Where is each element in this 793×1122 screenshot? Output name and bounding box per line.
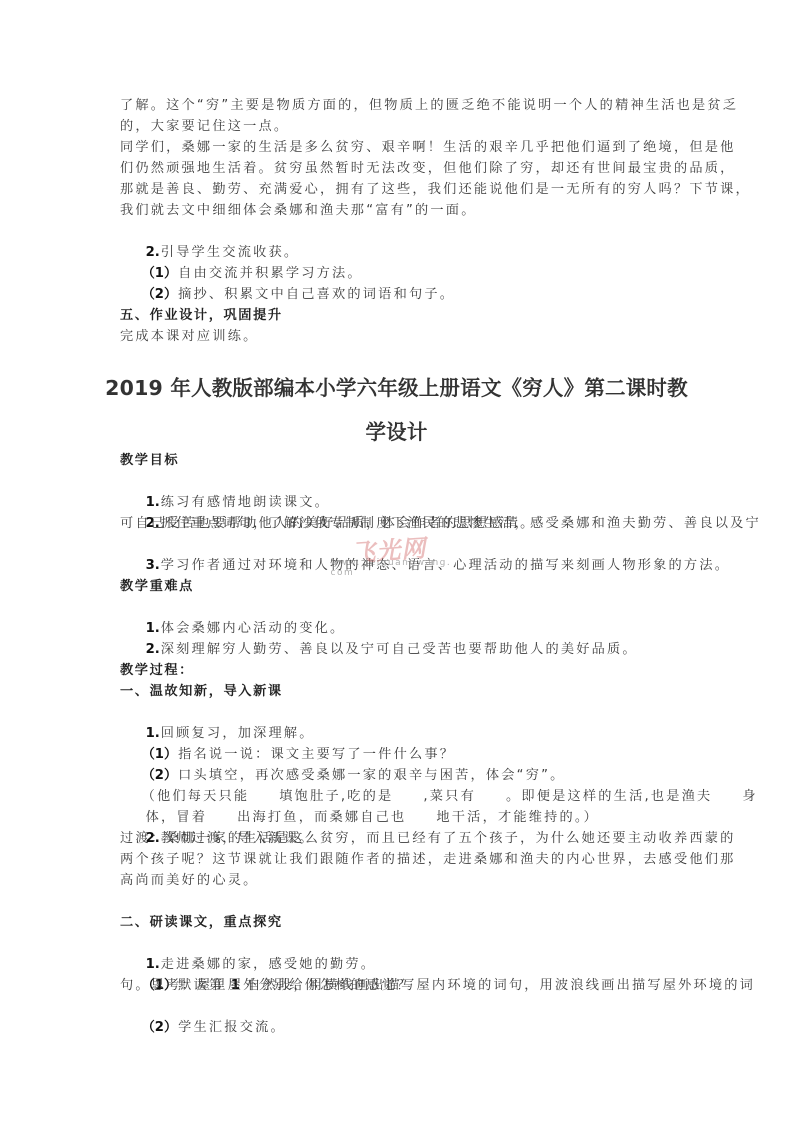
- key-point-number: 2.: [146, 642, 160, 657]
- sub-text-continued: 句。思考：屋里屋外分别给你怎样的感觉？: [120, 975, 676, 996]
- section-heading-homework: 五、作业设计，巩固提升: [120, 305, 676, 326]
- paragraph-line: 那就是善良、勤劳、充满爱心，拥有了这些，我们还能说他们是一无所有的穷人吗？下节课…: [120, 179, 676, 200]
- sub-item: （1）默读第 1 自然段，用横线画出描写屋内环境的词句，用波浪线画出描写屋外环境…: [116, 954, 672, 975]
- fill-blank-text: 身: [742, 789, 757, 804]
- goal-item: 1.练习有感情地朗读课文。: [120, 471, 676, 492]
- goal-item: 2.抓住重点词句，了解沙俄专制制度下渔民的悲惨生活，感受桑娜和渔夫勤劳、善良以及…: [120, 492, 676, 513]
- paragraph-line: 了解。这个“穷”主要是物质方面的，但物质上的匮乏绝不能说明一个人的精神生活也是贫…: [120, 95, 676, 116]
- key-point-text: 深刻理解穷人勤劳、善良以及宁可自己受苦也要帮助他人的美好品质。: [161, 642, 638, 657]
- section-heading-process: 教学过程：: [120, 660, 676, 681]
- goal-number: 3.: [146, 558, 160, 573]
- part-heading-1: 一、温故知新，导入新课: [120, 681, 676, 702]
- goal-item: 3.学习作者通过对环境和人物的神态、语言、心理活动的描写来刻画人物形象的方法。: [120, 534, 676, 555]
- key-point-item: 1.体会桑娜内心活动的变化。: [120, 597, 676, 618]
- transition-line: 过渡：桑娜一家的生活是这么贫穷，而且已经有了五个孩子，为什么她还要主动收养西蒙的: [120, 828, 676, 849]
- sub-number: （2）: [142, 287, 178, 302]
- fill-blank-line: （他们每天只能填饱肚子,吃的是,菜只有。即便是这样的生活,也是渔夫身: [116, 765, 672, 786]
- transition-line: 两个孩子呢？这节课就让我们跟随作者的描述，走进桑娜和渔夫的内心世界，去感受他们那: [120, 849, 676, 870]
- sub-number: （2）: [142, 1020, 178, 1035]
- step-item: 2.教师过渡，导入新课。: [120, 807, 676, 828]
- transition-line: 高尚而美好的心灵。: [120, 870, 676, 891]
- step-item: 2.引导学生交流收获。: [120, 221, 676, 242]
- fill-blank-line: 体，冒着出海打鱼，而桑娜自己也地干活，才能维持的。）: [120, 786, 676, 807]
- paragraph-line: 同学们，桑娜一家的生活是多么贫穷、艰辛啊！生活的艰辛几乎把他们逼到了绝境，但是他: [120, 137, 676, 158]
- step-item: 1.走进桑娜的家，感受她的勤劳。: [120, 933, 676, 954]
- section-heading-goals: 教学目标: [120, 450, 676, 471]
- sub-item: （2）学生汇报交流。: [116, 996, 672, 1017]
- sub-item: （2）口头填空，再次感受桑娜一家的艰辛与困苦，体会“穷”。: [116, 744, 672, 765]
- paragraph-line: 们仍然顽强地生活着。贫穷虽然暂时无法改变，但他们除了穷，却还有世间最宝贵的品质，: [120, 158, 676, 179]
- sub-item: （1）指名说一说：课文主要写了一件什么事？: [116, 723, 672, 744]
- sub-item: （1）自由交流并积累学习方法。: [116, 242, 672, 263]
- document-title-line-1: 2019 年人教版部编本小学六年级上册语文《穷人》第二课时教: [0, 373, 793, 403]
- homework-text: 完成本课对应训练。: [120, 326, 676, 347]
- document-title-line-2: 学设计: [0, 417, 793, 447]
- part-heading-2: 二、研读课文，重点探究: [120, 912, 676, 933]
- goal-text: 学习作者通过对环境和人物的神态、语言、心理活动的描写来刻画人物形象的方法。: [161, 558, 730, 573]
- section-heading-key-points: 教学重难点: [120, 576, 676, 597]
- paragraph-line: 我们就去文中细细体会桑娜和渔夫那“富有”的一面。: [120, 200, 676, 221]
- goal-text-continued: 可自己受苦也要帮助他人的美好品质，体会作者的思想感情。: [120, 513, 676, 534]
- document-page: 了解。这个“穷”主要是物质方面的，但物质上的匮乏绝不能说明一个人的精神生活也是贫…: [0, 0, 793, 1122]
- sub-text: 摘抄、积累文中自己喜欢的词语和句子。: [178, 287, 455, 302]
- step-item: 1.回顾复习，加深理解。: [120, 702, 676, 723]
- sub-text: 学生汇报交流。: [178, 1020, 286, 1035]
- paragraph-line: 的，大家要记住这一点。: [120, 116, 676, 137]
- key-point-item: 2.深刻理解穷人勤劳、善良以及宁可自己受苦也要帮助他人的美好品质。: [120, 618, 676, 639]
- sub-item: （2）摘抄、积累文中自己喜欢的词语和句子。: [116, 263, 672, 284]
